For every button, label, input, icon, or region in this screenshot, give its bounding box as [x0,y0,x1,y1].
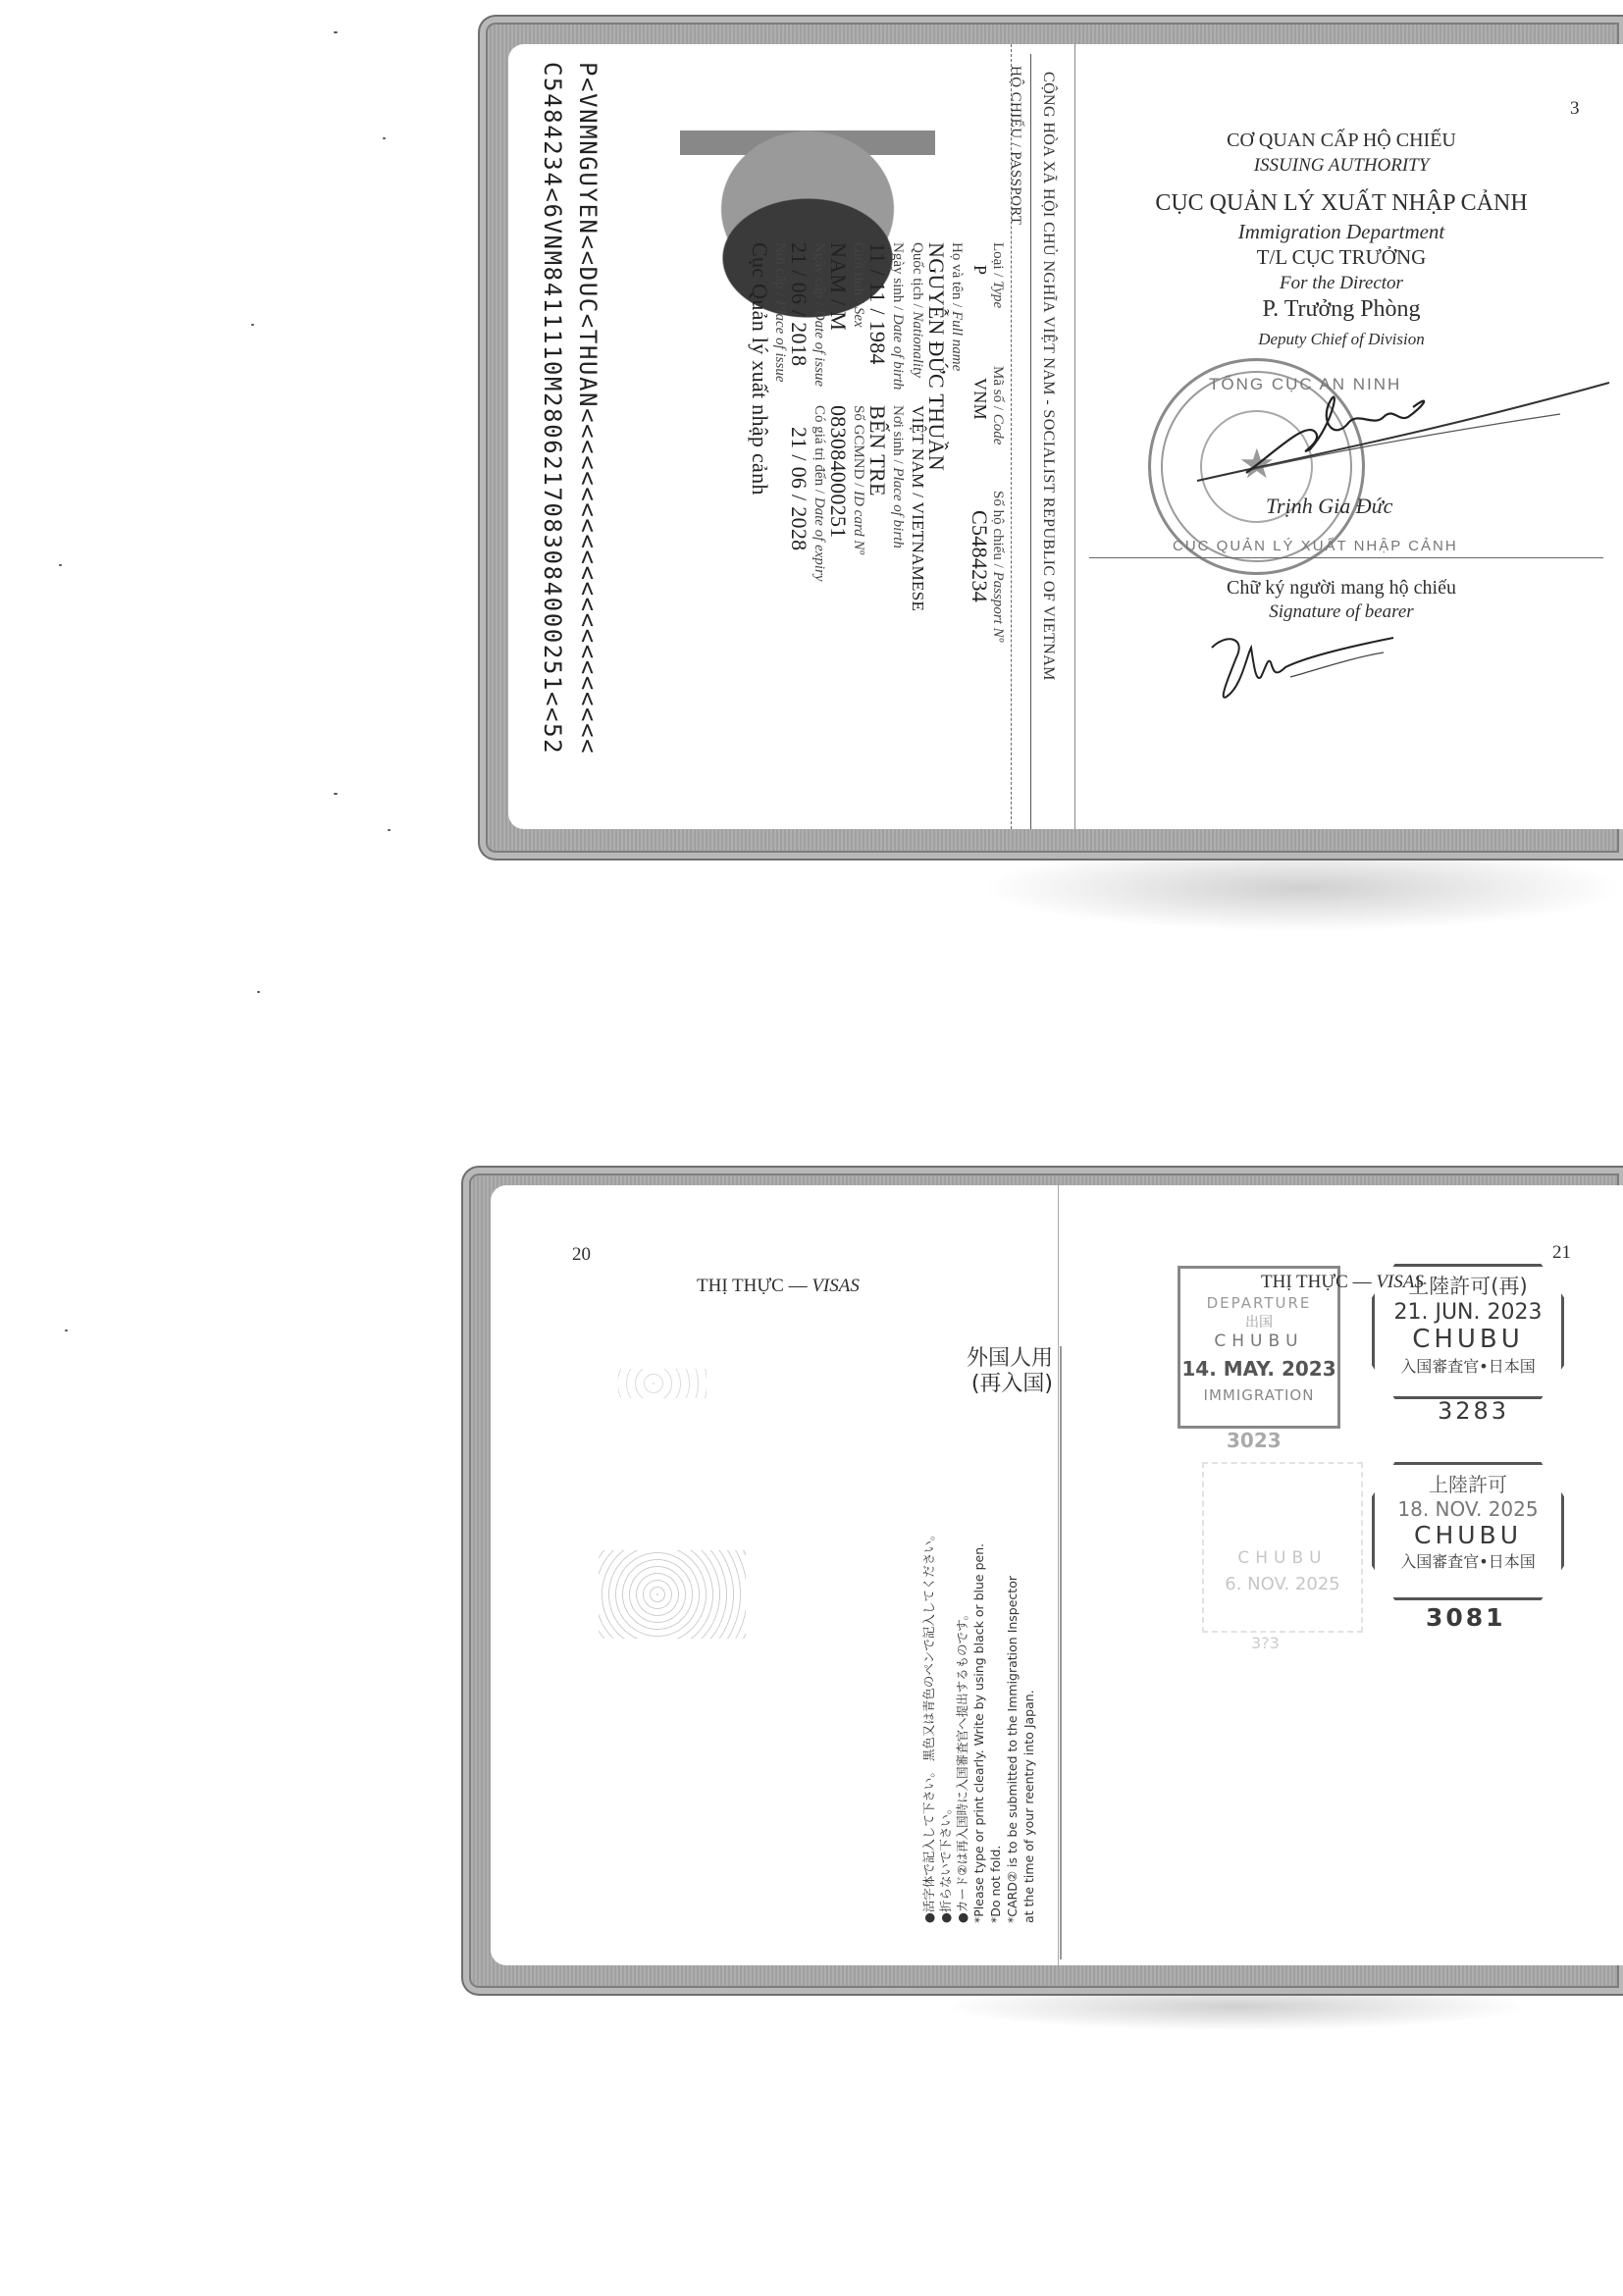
departure-stamp-1-number: 3023 [1227,1429,1282,1452]
label-date-of-expiry: Có giá trị đến / Date of expiry [811,405,827,582]
visa-heading-20: THỊ THỰC — VISAS [697,1276,860,1297]
label-id-card: Số GCMND / ID card Nº [850,405,866,554]
value-date-of-issue: 21 / 06 / 2018 [786,242,811,366]
signer-name: Trịnh Gia Đức [1266,494,1392,519]
value-date-of-expiry: 21 / 06 / 2028 [786,427,811,550]
issuing-authority-en: ISSUING AUTHORITY [1079,155,1603,177]
departure-stamp-2: CHUBU 6. NOV. 2025 [1202,1462,1363,1633]
label-date-of-issue: Ngày cấp / Date of issue [811,242,827,387]
header-divider [1030,54,1031,829]
scan-speck [59,564,62,566]
scan-speck [334,793,338,795]
page-number-21: 21 [1552,1242,1571,1264]
department-en: Immigration Department [1079,220,1603,244]
value-type: P [969,265,990,275]
reentry-stamp-2-number: 3081 [1426,1603,1506,1632]
reentry-card-title: 外国人用 (再入国) [967,1346,1053,1397]
seal-text-bottom: CỤC QUẢN LÝ XUẤT NHẬP CẢNH [1173,538,1458,554]
label-code: Mã số / Code [989,366,1006,444]
page-number: 3 [1570,98,1580,120]
reentry-card-instructions: ●活字体で記入して下さい。 黒色又は青色のペンで記入してください。 ●折らないで… [920,1529,1037,1923]
bearer-signature [1207,628,1403,716]
bearer-signature-vi: Chữ ký người mang hộ chiếu [1079,577,1603,600]
faded-stamp-residue [599,1550,746,1639]
value-place-of-birth: BẾN TRE [864,405,890,496]
value-code: VNM [969,378,990,420]
title-vi: P. Trưởng Phòng [1079,296,1603,323]
card-title-line1: 外国人用 [967,1346,1053,1372]
department-vi: CỤC QUẢN LÝ XUẤT NHẬP CẢNH [1079,190,1603,217]
card-title-line2: (再入国) [967,1372,1053,1397]
page-number-20: 20 [572,1244,591,1266]
for-director-vi: T/L CỤC TRƯỞNG [1079,245,1603,270]
signature-divider [1089,557,1603,558]
label-sex: Giới tính / Sex [850,242,866,328]
reentry-stamp-1-number: 3283 [1438,1397,1509,1425]
data-page-header: CỘNG HÒA XÃ HỘI CHỦ NGHĨA VIỆT NAM - SOC… [1039,72,1057,681]
faded-stamp-residue [618,1369,707,1398]
label-place-of-birth: Nơi sinh / Place of birth [889,405,906,548]
card-line: ●カード②は再入国時に入国審査官へ提出するものです。 [954,1529,970,1923]
value-dob: 11 / 11 / 1984 [864,242,890,365]
scan-speck [65,1330,68,1331]
passport-data-page: CỘNG HÒA XÃ HỘI CHỦ NGHĨA VIỆT NAM - SOC… [515,54,1065,829]
scan-speck [251,324,254,326]
scan-speck [257,991,260,993]
card-line: *Do not fold. [987,1529,1004,1923]
card-line: *Please type or print clearly. Write by … [970,1529,987,1923]
label-dob: Ngày sinh / Date of birth [889,242,906,390]
mrz-line-2: C5484234<6VNM8411110M2806217083084000251… [539,62,566,755]
scan-speck [388,829,391,831]
doc-title: HỘ CHIẾU / PASSPORT [1007,66,1023,225]
scan-speck [334,31,338,33]
value-place-of-issue: Cục Quản lý xuất nhập cảnh [747,242,772,496]
label-type: Loại / Type [989,242,1006,308]
for-director-en: For the Director [1079,273,1603,294]
card-line: ●活字体で記入して下さい。 黒色又は青色のペンで記入してください。 [920,1529,937,1923]
reentry-stamp-1: 上陸許可(再) 21. JUN. 2023 CHUBU 入国審査官•日本国 [1372,1264,1564,1399]
label-full-name: Họ và tên / Full name [948,242,965,371]
label-nationality: Quốc tịch / Nationality [909,242,925,378]
value-id-card: 083084000251 [825,405,851,539]
departure-stamp-2-number: 3?3 [1251,1634,1280,1652]
title-en: Deputy Chief of Division [1079,330,1603,349]
official-signature [1187,363,1623,500]
value-sex: NAM / M [825,242,851,331]
value-passport-no: C5484234 [967,510,992,602]
issuing-authority-vi: CƠ QUAN CẤP HỘ CHIẾU [1079,130,1603,152]
card-line: at the time of your reentry into Japan. [1021,1529,1037,1923]
scan-speck [383,137,386,139]
label-place-of-issue: Nơi cấp / Place of issue [771,242,788,383]
reentry-stamp-2: 上陸許可 18. NOV. 2025 CHUBU 入国審査官•日本国 [1372,1462,1564,1600]
card-line: *CARD② is to be submitted to the Immigra… [1004,1529,1021,1923]
value-nationality: VIỆT NAM / VIETNAMESE [908,405,927,611]
page-gutter [1074,44,1075,829]
bearer-signature-en: Signature of bearer [1079,601,1603,623]
mrz-line-1: P<VNMNGUYEN<<DUC<THUAN<<<<<<<<<<<<<<<<<<… [574,62,602,755]
header-text: CỘNG HÒA XÃ HỘI CHỦ NGHĨA VIỆT NAM - SOC… [1040,72,1057,681]
card-line: ●折らないで下さい。 [937,1529,954,1923]
